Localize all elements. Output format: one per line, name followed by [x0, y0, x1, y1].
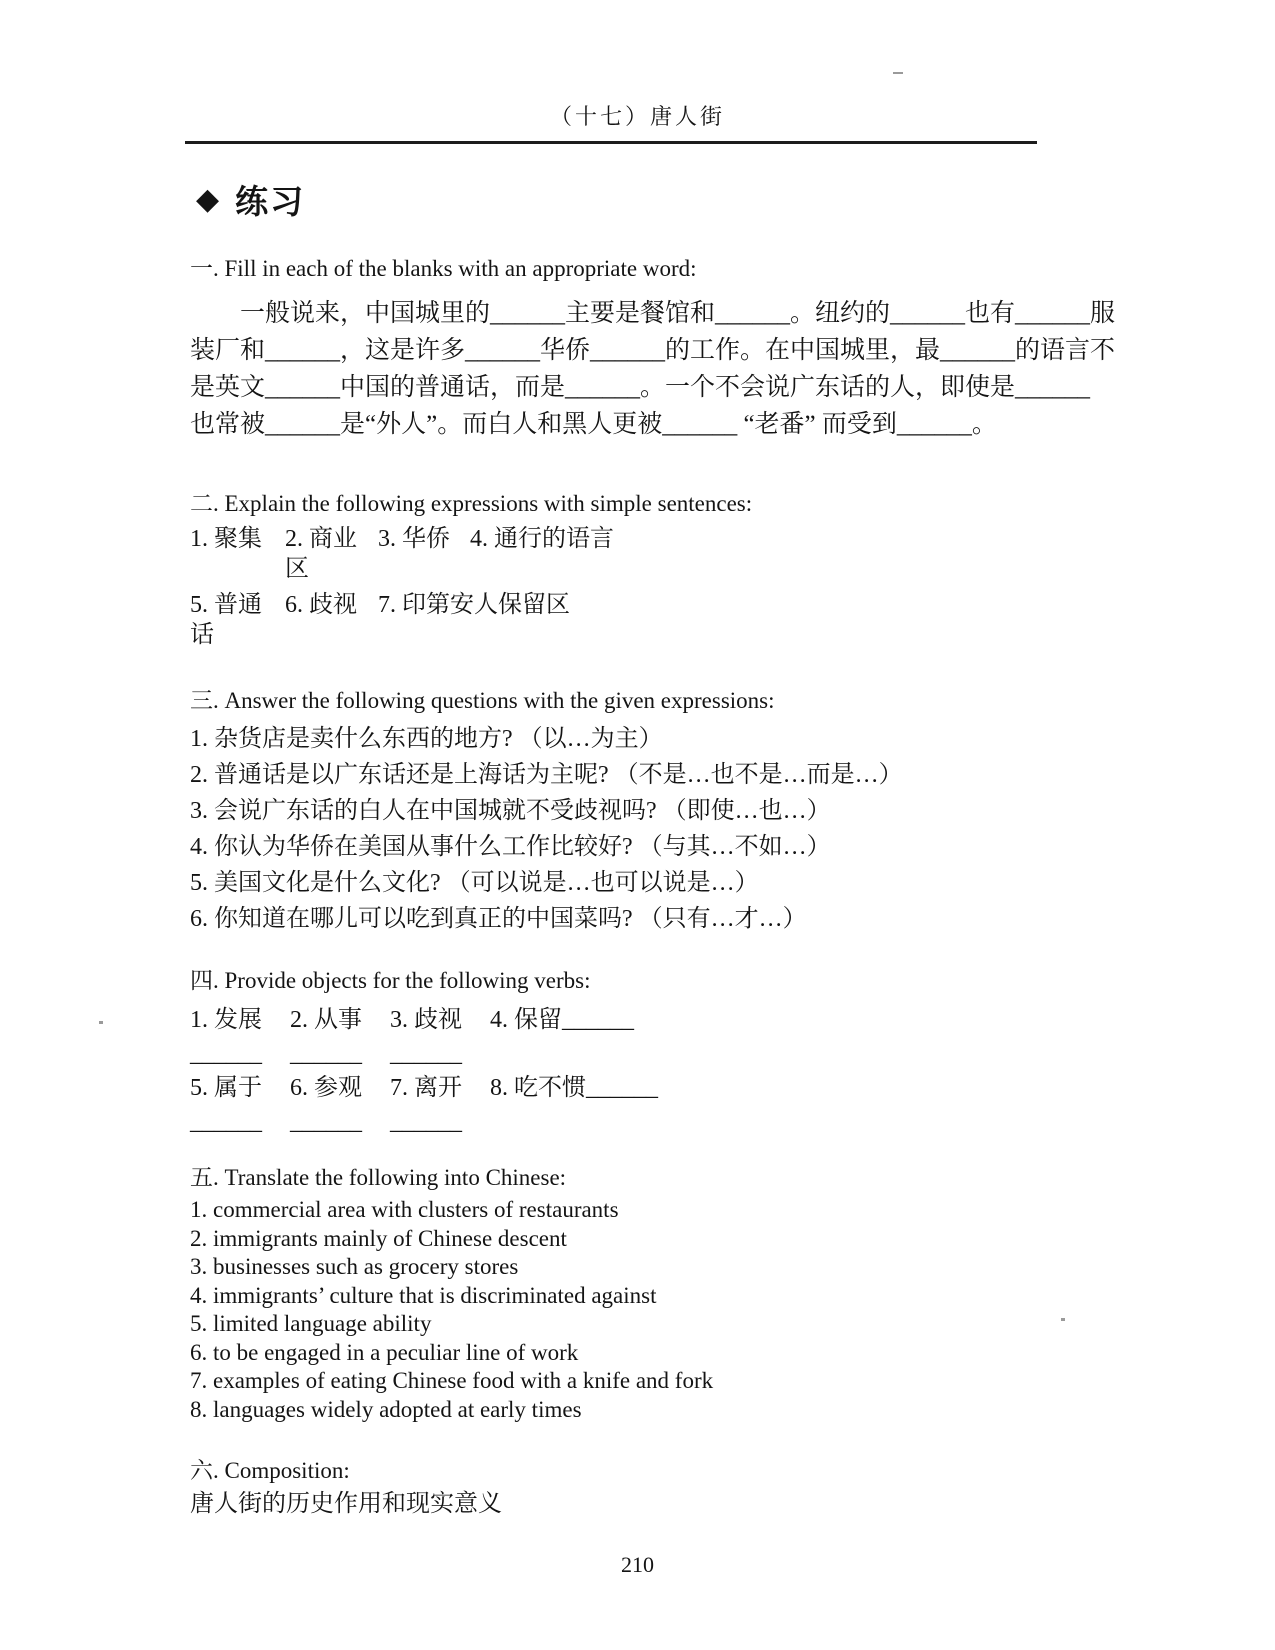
composition-topic: 唐人街的历史作用和现实意义 — [190, 1489, 1046, 1519]
expression-list: 1. 聚集 2. 商业区 3. 华侨 4. 通行的语言 5. 普通话 6. 歧视… — [190, 524, 1046, 650]
expression-item: 1. 聚集 — [190, 524, 285, 584]
fill-in-paragraph: 一般说来，中国城里的______主要是餐馆和______。纽约的______也有… — [190, 295, 1046, 443]
section-6-heading: 六. Composition: — [190, 1457, 1046, 1485]
verb-list: 1. 发展______ 2. 从事______ 3. 歧视______ 4. 保… — [190, 1003, 1046, 1139]
section-5-heading: 五. Translate the following into Chinese: — [190, 1164, 1046, 1192]
exercise-title: 练习 — [235, 176, 305, 223]
question-item: 2. 普通话是以广东话还是上海话为主呢? （不是…也不是…而是…） — [190, 757, 1046, 793]
question-item: 6. 你知道在哪儿可以吃到真正的中国菜吗? （只有…才…） — [190, 901, 1046, 937]
expression-item: 6. 歧视 — [285, 590, 378, 650]
translation-item: 7. examples of eating Chinese food with … — [190, 1367, 1046, 1396]
fill-in-line: 一般说来，中国城里的______主要是餐馆和______。纽约的______也有… — [190, 295, 1046, 332]
verb-item: 3. 歧视______ — [390, 1003, 490, 1071]
verb-item: 5. 属于______ — [190, 1071, 290, 1139]
scan-artifact — [893, 72, 903, 74]
exercise-heading: ◆ 练习 — [196, 176, 305, 223]
translation-item: 8. languages widely adopted at early tim… — [190, 1396, 1046, 1425]
verb-item: 7. 离开______ — [390, 1071, 490, 1139]
page-content: 一. Fill in each of the blanks with an ap… — [190, 255, 1046, 1519]
translation-item: 1. commercial area with clusters of rest… — [190, 1196, 1046, 1225]
question-item: 4. 你认为华侨在美国从事什么工作比较好? （与其…不如…） — [190, 829, 1046, 865]
section-4-heading: 四. Provide objects for the following ver… — [190, 967, 1046, 995]
header-divider — [185, 141, 1037, 144]
expression-item: 2. 商业区 — [285, 524, 378, 584]
verb-row: 5. 属于______ 6. 参观______ 7. 离开______ 8. 吃… — [190, 1071, 1046, 1139]
translation-item: 6. to be engaged in a peculiar line of w… — [190, 1339, 1046, 1368]
translation-item: 2. immigrants mainly of Chinese descent — [190, 1225, 1046, 1254]
verb-item: 8. 吃不惯______ — [490, 1071, 1046, 1139]
page-header-title: （十七）唐人街 — [0, 100, 1275, 131]
verb-row: 1. 发展______ 2. 从事______ 3. 歧视______ 4. 保… — [190, 1003, 1046, 1071]
section-3-heading: 三. Answer the following questions with t… — [190, 687, 1046, 715]
question-item: 5. 美国文化是什么文化? （可以说是…也可以说是…） — [190, 865, 1046, 901]
page-number: 210 — [0, 1552, 1275, 1578]
translation-list: 1. commercial area with clusters of rest… — [190, 1196, 1046, 1424]
translation-item: 4. immigrants’ culture that is discrimin… — [190, 1282, 1046, 1311]
expression-item: 3. 华侨 — [378, 524, 470, 584]
verb-item: 6. 参观______ — [290, 1071, 390, 1139]
verb-item: 2. 从事______ — [290, 1003, 390, 1071]
question-item: 1. 杂货店是卖什么东西的地方? （以…为主） — [190, 721, 1046, 757]
translation-item: 5. limited language ability — [190, 1310, 1046, 1339]
fill-in-line: 也常被______是“外人”。而白人和黑人更被______ “老番” 而受到__… — [190, 406, 1046, 443]
expression-item: 5. 普通话 — [190, 590, 285, 650]
expression-row: 1. 聚集 2. 商业区 3. 华侨 4. 通行的语言 — [190, 524, 1046, 584]
expression-item: 7. 印第安人保留区 — [378, 590, 1046, 650]
scan-artifact — [99, 1021, 103, 1024]
diamond-icon: ◆ — [196, 185, 219, 215]
fill-in-line: 装厂和______，这是许多______华侨______的工作。在中国城里，最_… — [190, 332, 1046, 369]
fill-in-line: 是英文______中国的普通话，而是______。一个不会说广东话的人，即使是_… — [190, 369, 1046, 406]
expression-item: 4. 通行的语言 — [470, 524, 1046, 584]
section-2-heading: 二. Explain the following expressions wit… — [190, 490, 1046, 518]
translation-item: 3. businesses such as grocery stores — [190, 1253, 1046, 1282]
question-list: 1. 杂货店是卖什么东西的地方? （以…为主） 2. 普通话是以广东话还是上海话… — [190, 721, 1046, 937]
verb-item: 4. 保留______ — [490, 1003, 1046, 1071]
section-1-heading: 一. Fill in each of the blanks with an ap… — [190, 255, 1046, 283]
question-item: 3. 会说广东话的白人在中国城就不受歧视吗? （即使…也…） — [190, 793, 1046, 829]
verb-item: 1. 发展______ — [190, 1003, 290, 1071]
expression-row: 5. 普通话 6. 歧视 7. 印第安人保留区 — [190, 590, 1046, 650]
document-page: （十七）唐人街 ◆ 练习 一. Fill in each of the blan… — [0, 0, 1275, 1650]
scan-artifact — [1061, 1318, 1065, 1321]
